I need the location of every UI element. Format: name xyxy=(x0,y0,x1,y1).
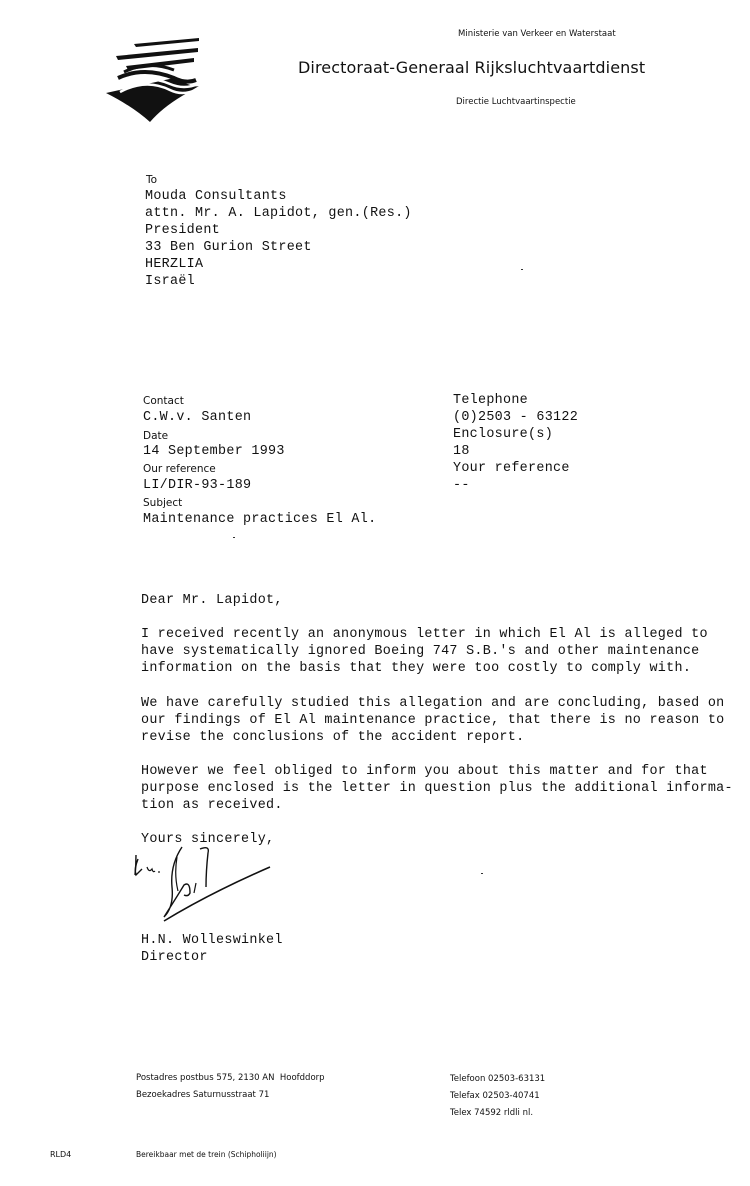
visiting-address: Bezoekadres Saturnusstraat 71 xyxy=(136,1090,269,1100)
recipient-line: Mouda Consultants xyxy=(145,189,287,204)
handwritten-signature-icon xyxy=(130,845,280,925)
subject-label: Subject xyxy=(143,497,182,509)
signatory-title: Director xyxy=(141,950,208,965)
signatory-name: H.N. Wolleswinkel xyxy=(141,933,283,948)
telephone-label: Telephone xyxy=(453,393,528,408)
rld-wing-logo-icon xyxy=(104,38,204,122)
recipient-label: To xyxy=(146,174,157,186)
body-line: tion as received. xyxy=(141,798,283,813)
body-line: I received recently an anonymous letter … xyxy=(141,627,708,642)
enclosures-value: 18 xyxy=(453,444,470,459)
postal-address: Postadres postbus 575, 2130 AN Hoofddorp xyxy=(136,1073,325,1083)
salutation: Dear Mr. Lapidot, xyxy=(141,593,283,608)
body-line: We have carefully studied this allegatio… xyxy=(141,696,725,711)
recipient-line: 33 Ben Gurion Street xyxy=(145,240,312,255)
recipient-line: attn. Mr. A. Lapidot, gen.(Res.) xyxy=(145,206,412,221)
date-value: 14 September 1993 xyxy=(143,444,285,459)
subject-value: Maintenance practices El Al. xyxy=(143,512,376,527)
body-line: revise the conclusions of the accident r… xyxy=(141,730,524,745)
contact-label: Contact xyxy=(143,395,184,407)
body-line: However we feel obliged to inform you ab… xyxy=(141,764,708,779)
recipient-line: Israël xyxy=(145,274,195,289)
body-line: purpose enclosed is the letter in questi… xyxy=(141,781,733,796)
scan-speck xyxy=(481,873,483,874)
scan-speck xyxy=(521,269,523,270)
body-line: our findings of El Al maintenance practi… xyxy=(141,713,725,728)
recipient-line: HERZLIA xyxy=(145,257,203,272)
directorate-name: Directoraat-Generaal Rijksluchtvaartdien… xyxy=(298,58,645,77)
date-label: Date xyxy=(143,430,168,442)
your-reference-value: -- xyxy=(453,478,470,493)
footer-phone: Telefoon 02503-63131 xyxy=(450,1074,545,1084)
form-code: RLD4 xyxy=(50,1150,71,1159)
transport-note: Bereikbaar met de trein (Schipholiijn) xyxy=(136,1150,277,1159)
scan-speck xyxy=(233,537,235,538)
footer-telex: Telex 74592 rldli nl. xyxy=(450,1108,533,1118)
enclosures-label: Enclosure(s) xyxy=(453,427,553,442)
your-reference-label: Your reference xyxy=(453,461,570,476)
our-reference-value: LI/DIR-93-189 xyxy=(143,478,251,493)
body-line: information on the basis that they were … xyxy=(141,661,691,676)
division-name: Directie Luchtvaartinspectie xyxy=(456,97,576,107)
recipient-line: President xyxy=(145,223,220,238)
contact-value: C.W.v. Santen xyxy=(143,410,251,425)
our-reference-label: Our reference xyxy=(143,463,216,475)
ministry-name: Ministerie van Verkeer en Waterstaat xyxy=(458,29,616,39)
telephone-value: (0)2503 - 63122 xyxy=(453,410,578,425)
body-line: have systematically ignored Boeing 747 S… xyxy=(141,644,700,659)
footer-fax: Telefax 02503-40741 xyxy=(450,1091,540,1101)
